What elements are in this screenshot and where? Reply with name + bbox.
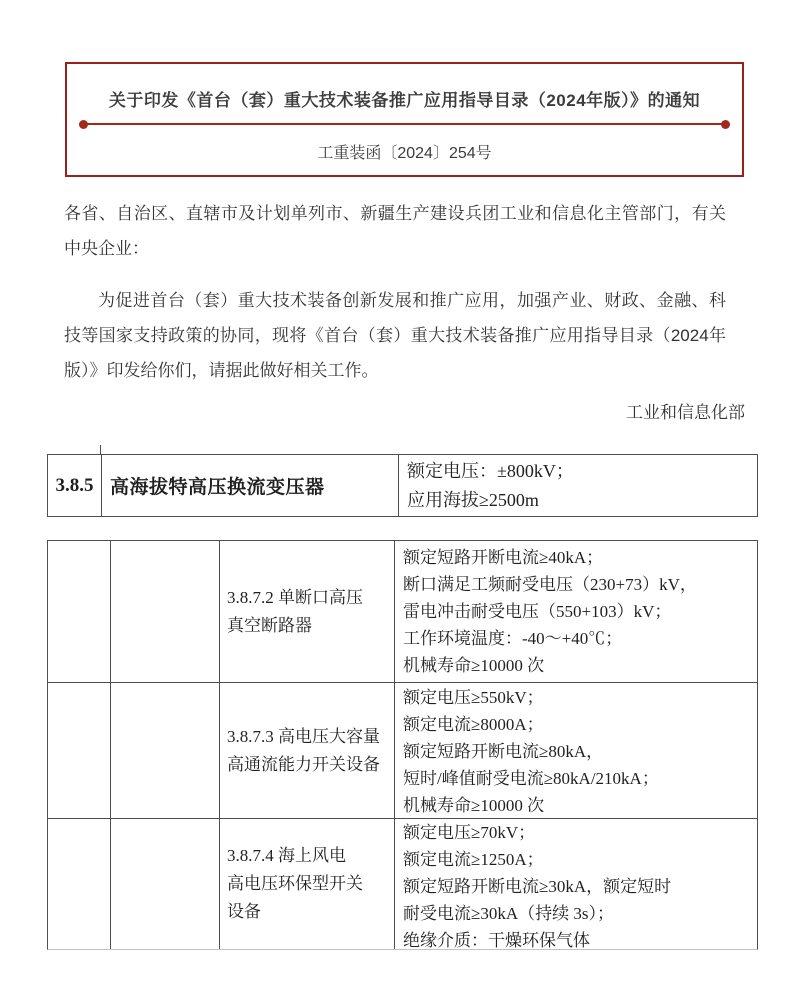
table-row: 3.8.7.2 单断口高压 真空断路器 额定短路开断电流≥40kA； 断口满足工…: [48, 541, 757, 682]
item-specs-cell: 额定电压≥70kV； 额定电流≥1250A； 额定短路开断电流≥30kA，额定短…: [394, 819, 757, 949]
item-name-cell: 3.8.7.3 高电压大容量 高通流能力开关设备: [219, 683, 394, 818]
item-specs-cell: 额定电压：±800kV； 应用海拔≥2500m: [398, 455, 757, 516]
table-row: 3.8.7.4 海上风电 高电压环保型开关 设备 额定电压≥70kV； 额定电流…: [48, 818, 757, 949]
empty-cell: [110, 541, 219, 682]
doc-number: 工重装函〔2024〕254号: [67, 140, 742, 163]
item-name-cell: 3.8.7.2 单断口高压 真空断路器: [219, 541, 394, 682]
body-paragraph: 为促进首台（套）重大技术装备创新发展和推广应用，加强产业、财政、金融、科技等国家…: [64, 283, 726, 388]
issuer-signature: 工业和信息化部: [626, 398, 745, 423]
empty-cell: [110, 683, 219, 818]
empty-cell: [48, 683, 110, 818]
document-page: 关于印发《首台（套）重大技术装备推广应用指导目录（2024年版）》的通知 工重装…: [0, 0, 805, 998]
notice-header-box: 关于印发《首台（套）重大技术装备推广应用指导目录（2024年版）》的通知 工重装…: [65, 62, 744, 177]
empty-cell: [48, 541, 110, 682]
item-code-cell: 3.8.5: [48, 455, 101, 516]
empty-cell: [110, 819, 219, 949]
salutation-paragraph: 各省、自治区、直辖市及计划单列市、新疆生产建设兵团工业和信息化主管部门，有关中央…: [64, 196, 726, 266]
table-crop-stub: [100, 445, 101, 455]
item-name-cell: 3.8.7.4 海上风电 高电压环保型开关 设备: [219, 819, 394, 949]
notice-title: 关于印发《首台（套）重大技术装备推广应用指导目录（2024年版）》的通知: [67, 86, 742, 111]
table-row: 3.8.7.3 高电压大容量 高通流能力开关设备 额定电压≥550kV； 额定电…: [48, 682, 757, 818]
empty-cell: [48, 819, 110, 949]
item-name-cell: 高海拔特高压换流变压器: [101, 455, 398, 516]
item-specs-cell: 额定短路开断电流≥40kA； 断口满足工频耐受电压（230+73）kV， 雷电冲…: [394, 541, 757, 682]
item-specs-cell: 额定电压≥550kV； 额定电流≥8000A； 额定短路开断电流≥80kA， 短…: [394, 683, 757, 818]
catalog-table-385: 3.8.5 高海拔特高压换流变压器 额定电压：±800kV； 应用海拔≥2500…: [47, 454, 758, 517]
catalog-table-387: 3.8.7.2 单断口高压 真空断路器 额定短路开断电流≥40kA； 断口满足工…: [47, 540, 758, 950]
red-divider-rule: [81, 123, 728, 125]
